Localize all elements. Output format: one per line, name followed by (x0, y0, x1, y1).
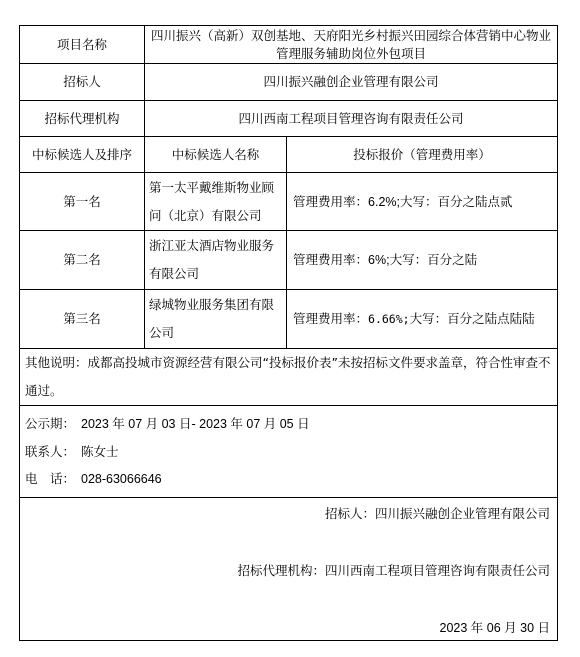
signature-date: 2023 年 06 月 30 日 (27, 619, 550, 637)
signature-tenderer: 招标人：四川振兴融创企业管理有限公司 (27, 505, 550, 523)
candidates-header-row: 中标候选人及排序 中标候选人名称 投标报价（管理费用率） (20, 137, 558, 173)
price-label: 管理费用率： (293, 311, 368, 326)
candidate-price: 管理费用率：6.2%;大写：百分之陆点贰 (287, 173, 558, 231)
info-row: 公示期：2023 年 07 月 03 日- 2023 年 07 月 05 日 联… (20, 406, 558, 498)
candidate-rank: 第三名 (20, 290, 145, 349)
price-label: 管理费用率： (293, 252, 368, 267)
tenderer-row: 招标人 四川振兴融创企业管理有限公司 (20, 64, 558, 101)
other-notes: 其他说明：成都高投城市资源经营有限公司“投标报价表”未按招标文件要求盖章，符合性… (20, 349, 558, 406)
phone: 电 话：028-63066646 (25, 465, 552, 493)
project-name-label: 项目名称 (20, 26, 145, 64)
contact-label: 联系人： (25, 438, 81, 465)
candidate-name: 第一太平戴维斯物业顾问（北京）有限公司 (145, 173, 287, 231)
signature-row: 招标人：四川振兴融创企业管理有限公司 招标代理机构：四川西南工程项目管理咨询有限… (20, 498, 558, 641)
contact-person: 联系人：陈女士 (25, 438, 552, 465)
candidate-row: 第一名 第一太平戴维斯物业顾问（北京）有限公司 管理费用率：6.2%;大写：百分… (20, 173, 558, 231)
note-row: 其他说明：成都高投城市资源经营有限公司“投标报价表”未按招标文件要求盖章，符合性… (20, 349, 558, 406)
period-label: 公示期： (25, 410, 81, 437)
tenderer-value: 四川振兴融创企业管理有限公司 (145, 64, 558, 101)
candidate-name: 浙江亚太酒店物业服务有限公司 (145, 231, 287, 290)
header-rank: 中标候选人及排序 (20, 137, 145, 173)
project-row: 项目名称 四川振兴（高新）双创基地、天府阳光乡村振兴田园综合体营销中心物业管理服… (20, 26, 558, 64)
project-name-value: 四川振兴（高新）双创基地、天府阳光乡村振兴田园综合体营销中心物业管理服务辅助岗位… (145, 26, 558, 64)
candidate-price: 管理费用率：6.66%;大写：百分之陆点陆陆 (287, 290, 558, 349)
signature-block: 招标人：四川振兴融创企业管理有限公司 招标代理机构：四川西南工程项目管理咨询有限… (20, 498, 558, 641)
agency-label: 招标代理机构 (20, 101, 145, 137)
candidate-rank: 第一名 (20, 173, 145, 231)
price-words: 大写：百分之陆点贰 (400, 194, 513, 209)
phone-label: 电 话： (25, 465, 81, 492)
candidate-name: 绿城物业服务集团有限公司 (145, 290, 287, 349)
candidate-price: 管理费用率：6%;大写：百分之陆 (287, 231, 558, 290)
contact-value: 陈女士 (81, 444, 119, 459)
agency-row: 招标代理机构 四川西南工程项目管理咨询有限责任公司 (20, 101, 558, 137)
price-words: 大写：百分之陆 (390, 252, 478, 267)
signature-agency: 招标代理机构：四川西南工程项目管理咨询有限责任公司 (27, 562, 550, 580)
header-name: 中标候选人名称 (145, 137, 287, 173)
period-value: 2023 年 07 月 03 日- 2023 年 07 月 05 日 (81, 417, 310, 431)
price-rate: 6.2%; (368, 195, 400, 209)
price-words: 大写：百分之陆点陆陆 (410, 311, 535, 326)
candidate-rank: 第二名 (20, 231, 145, 290)
publicity-info: 公示期：2023 年 07 月 03 日- 2023 年 07 月 05 日 联… (20, 406, 558, 498)
agency-value: 四川西南工程项目管理咨询有限责任公司 (145, 101, 558, 137)
announcement-document: 项目名称 四川振兴（高新）双创基地、天府阳光乡村振兴田园综合体营销中心物业管理服… (19, 25, 558, 641)
publicity-period: 公示期：2023 年 07 月 03 日- 2023 年 07 月 05 日 (25, 410, 552, 438)
candidate-row: 第二名 浙江亚太酒店物业服务有限公司 管理费用率：6%;大写：百分之陆 (20, 231, 558, 290)
candidate-row: 第三名 绿城物业服务集团有限公司 管理费用率：6.66%;大写：百分之陆点陆陆 (20, 290, 558, 349)
bid-result-table: 项目名称 四川振兴（高新）双创基地、天府阳光乡村振兴田园综合体营销中心物业管理服… (19, 25, 558, 641)
tenderer-label: 招标人 (20, 64, 145, 101)
price-rate: 6.66%; (368, 312, 410, 326)
header-price: 投标报价（管理费用率） (287, 137, 558, 173)
phone-value: 028-63066646 (81, 472, 162, 486)
price-rate: 6%; (368, 253, 390, 267)
price-label: 管理费用率： (293, 194, 368, 209)
